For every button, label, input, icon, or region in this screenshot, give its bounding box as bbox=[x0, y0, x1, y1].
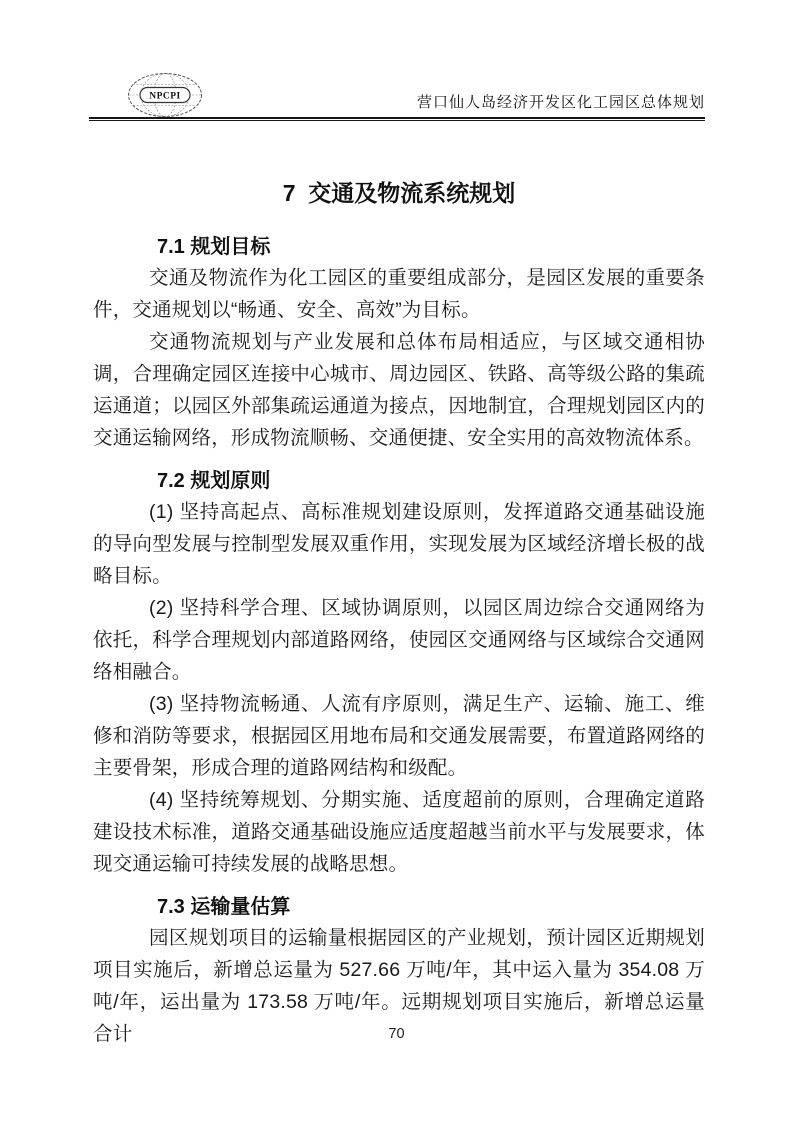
globe-icon: NPCPI bbox=[127, 72, 203, 118]
chapter-title: 7 交通及物流系统规划 bbox=[93, 176, 705, 210]
page-header: NPCPI 营口仙人岛经济开发区化工园区总体规划 bbox=[89, 70, 705, 120]
section-heading-7-1: 7.1 规划目标 bbox=[157, 232, 705, 262]
npcpi-globe-logo: NPCPI bbox=[127, 72, 203, 118]
logo-text: NPCPI bbox=[149, 92, 181, 102]
paragraph: (1) 坚持高起点、高标准规划建设原则，发挥道路交通基础设施的导向型发展与控制型… bbox=[93, 496, 705, 592]
paragraph: (2) 坚持科学合理、区域协调原则，以园区周边综合交通网络为依托，科学合理规划内… bbox=[93, 592, 705, 688]
paragraph: 交通及物流作为化工园区的重要组成部分，是园区发展的重要条件，交通规划以“畅通、安… bbox=[93, 262, 705, 326]
paragraph: (4) 坚持统筹规划、分期实施、适度超前的原则，合理确定道路建设技术标准，道路交… bbox=[93, 784, 705, 880]
header-rule-thin bbox=[89, 120, 705, 121]
page-number: 70 bbox=[0, 1026, 793, 1042]
document-page: NPCPI 营口仙人岛经济开发区化工园区总体规划 7 交通及物流系统规划 7.1… bbox=[0, 0, 793, 1122]
section-heading-7-2: 7.2 规划原则 bbox=[157, 466, 705, 496]
section-heading-7-3: 7.3 运输量估算 bbox=[157, 892, 705, 922]
header-rule bbox=[89, 117, 705, 119]
paragraph: (3) 坚持物流畅通、人流有序原则，满足生产、运输、施工、维修和消防等要求，根据… bbox=[93, 688, 705, 784]
paragraph: 交通物流规划与产业发展和总体布局相适应，与区域交通相协调，合理确定园区连接中心城… bbox=[93, 326, 705, 454]
header-doc-title: 营口仙人岛经济开发区化工园区总体规划 bbox=[417, 91, 705, 112]
document-body: 7 交通及物流系统规划 7.1 规划目标 交通及物流作为化工园区的重要组成部分，… bbox=[93, 176, 705, 1050]
